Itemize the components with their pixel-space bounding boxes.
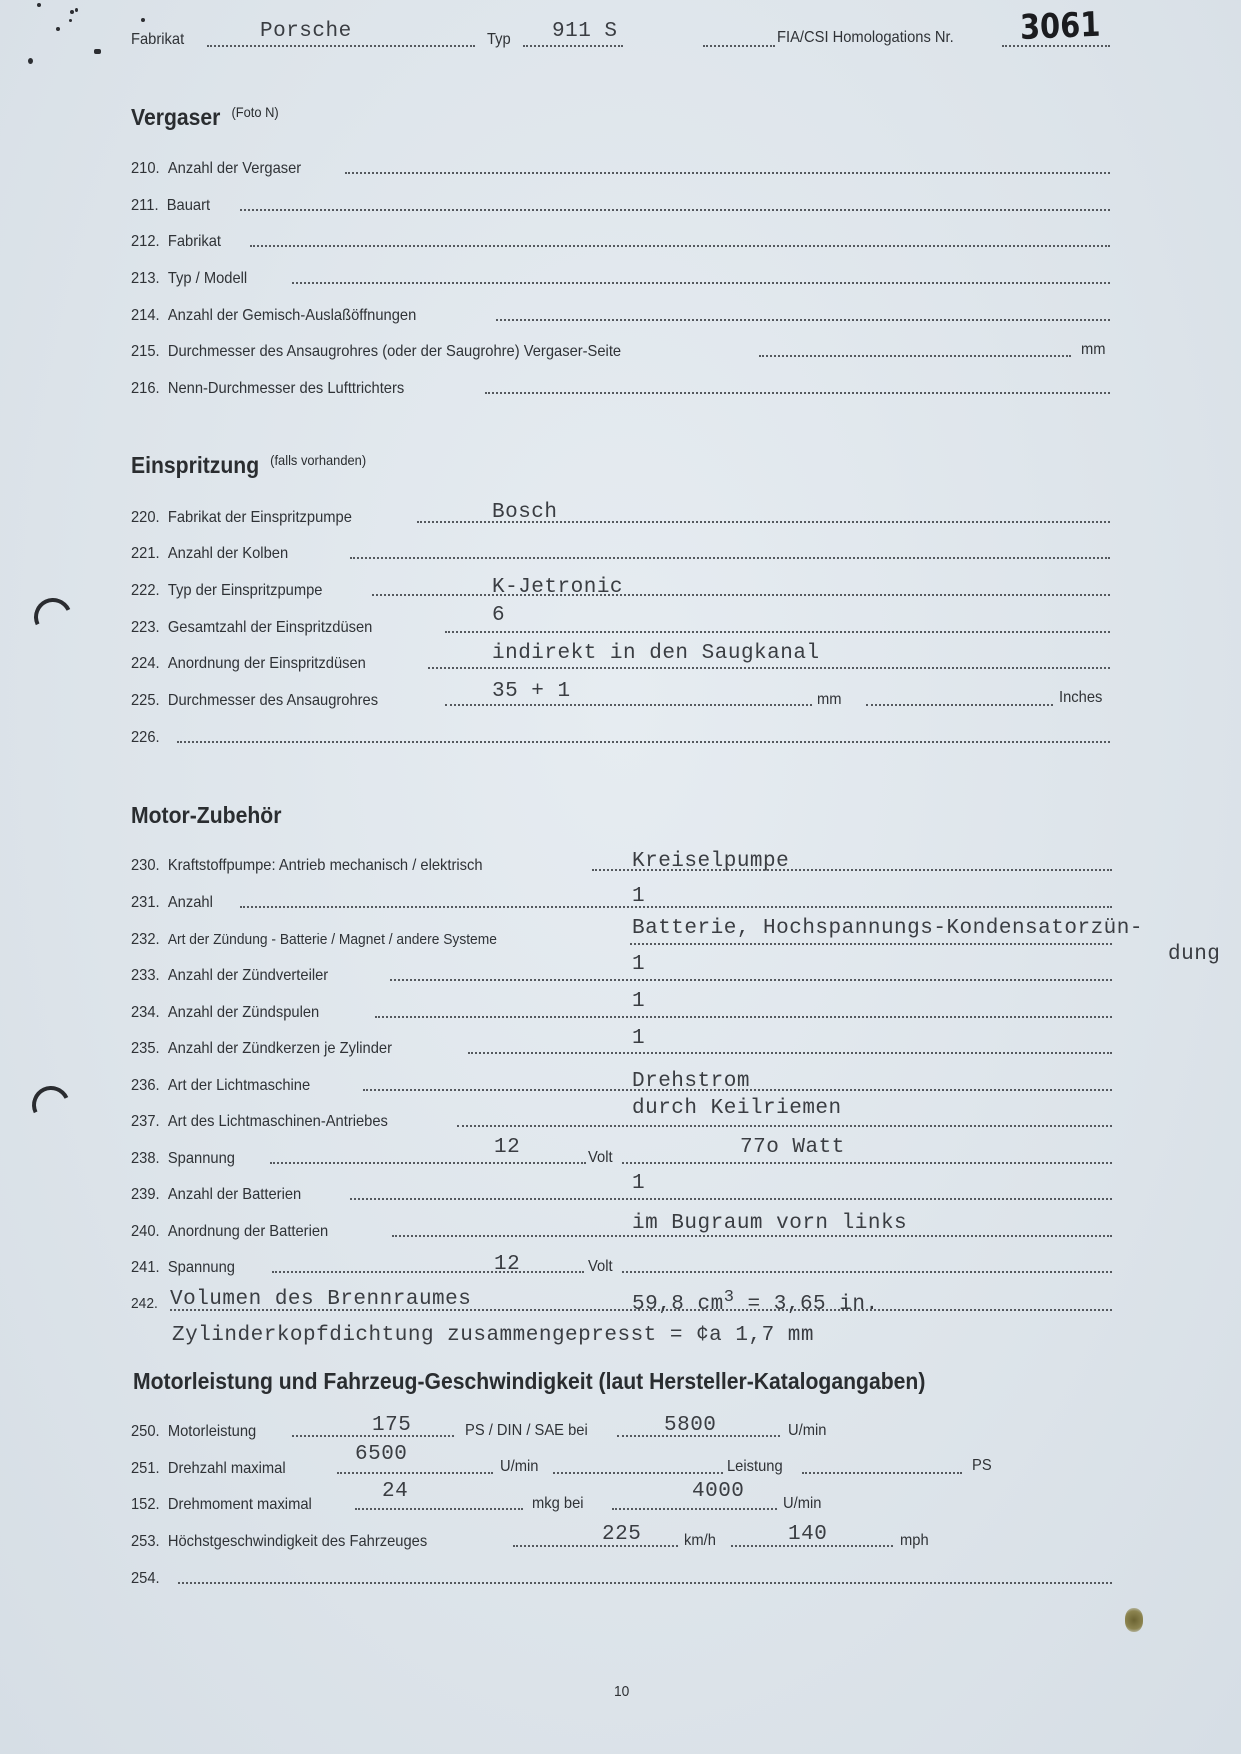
item-label: Anzahl der Gemisch-Auslaßöffnungen: [168, 307, 416, 324]
item-number: 233.: [131, 967, 160, 984]
item-label: Typ / Modell: [168, 270, 247, 287]
homologation-number: 3061: [1019, 5, 1101, 48]
item-label: Art des Lichtmaschinen-Antriebes: [168, 1113, 388, 1130]
fill-line: [178, 1582, 1112, 1584]
item-number: 223.: [131, 619, 160, 636]
punch-hole-mark: [29, 593, 78, 642]
item-value: 59,8 cm3 = 3,65 in.: [632, 1288, 879, 1316]
item-number: 212.: [131, 233, 160, 250]
item-value: 35 + 1: [492, 680, 571, 703]
section-subtitle: (Foto N): [231, 104, 278, 120]
item-label: Motorleistung: [168, 1423, 256, 1440]
item-number: 152.: [131, 1496, 160, 1513]
section-title-text: Vergaser: [131, 104, 220, 130]
fill-line: [445, 704, 812, 706]
item-number: 211.: [131, 197, 159, 214]
item-number: 222.: [131, 582, 160, 599]
fill-line: [350, 1198, 1112, 1200]
unit-label: U/min: [500, 1458, 538, 1476]
fill-line: [350, 557, 1110, 559]
unit-label: mm: [1081, 341, 1106, 359]
item-value-2: 140: [788, 1523, 827, 1546]
item-number: 240.: [131, 1223, 160, 1240]
item-number: 224.: [131, 655, 160, 672]
item-number: 234.: [131, 1004, 160, 1021]
fill-line: [372, 594, 1110, 596]
fill-line: [630, 943, 1112, 945]
document-page: Fabrikat Porsche Typ 911 S FIA/CSI Homol…: [0, 0, 1241, 1754]
speck: [56, 27, 60, 31]
item-number: 231.: [131, 894, 160, 911]
item-label: Anzahl der Zündkerzen je Zylinder: [168, 1040, 392, 1057]
fill-line: [457, 1125, 1112, 1127]
item-value: 1: [632, 885, 645, 908]
item-value: 6500: [355, 1443, 407, 1466]
fill-line: [207, 45, 475, 47]
item-number: 241.: [131, 1259, 160, 1276]
item-value: 6: [492, 604, 505, 627]
item-number: 232.: [131, 931, 160, 948]
item-label: Bauart: [167, 197, 210, 214]
item-number: 230.: [131, 857, 160, 874]
fill-line: [759, 355, 1071, 357]
item-label-typed: Volumen des Brennraumes: [170, 1288, 471, 1311]
speck: [37, 3, 41, 7]
item-value: Kreiselpumpe: [632, 850, 789, 873]
item-value: Batterie, Hochspannungs-Kondensatorzün-: [632, 917, 1143, 940]
value-text: 59,8 cm: [632, 1293, 724, 1316]
punch-hole-mark: [27, 1081, 76, 1130]
item-number: 215.: [131, 343, 160, 360]
item-label: Fabrikat der Einspritzpumpe: [168, 509, 352, 526]
unit-label: PS: [972, 1457, 992, 1475]
item-label: Durchmesser des Ansaugrohres: [168, 692, 378, 709]
item-number: 242.: [131, 1295, 158, 1312]
section-title-motorleistung: Motorleistung und Fahrzeug-Geschwindigke…: [133, 1368, 925, 1395]
item-label: Drehzahl maximal: [168, 1460, 286, 1477]
fill-line: [622, 1271, 1112, 1273]
unit-label: km/h: [684, 1532, 716, 1550]
fill-line: [802, 1472, 962, 1474]
item-value: durch Keilriemen: [632, 1097, 842, 1120]
fill-line: [513, 1545, 678, 1547]
speck: [94, 49, 101, 54]
item-number: 254.: [131, 1570, 160, 1588]
fill-line: [485, 392, 1110, 394]
item-label: Gesamtzahl der Einspritzdüsen: [168, 619, 373, 636]
fabrikat-label: Fabrikat: [131, 31, 184, 49]
speck: [141, 18, 145, 22]
item-label: Art der Zündung - Batterie / Magnet / an…: [168, 931, 497, 948]
item-value: 1: [632, 953, 645, 976]
unit-label: mm: [817, 691, 842, 709]
item-number: 253.: [131, 1533, 160, 1550]
fill-line: [445, 631, 1110, 633]
item-number: 226.: [131, 729, 160, 746]
fill-line: [553, 1472, 723, 1474]
item-value: im Bugraum vorn links: [632, 1212, 907, 1235]
fill-line: [392, 1235, 1112, 1237]
fill-line: [270, 1162, 586, 1164]
unit-label: Volt: [588, 1258, 613, 1276]
item-value: 12: [494, 1253, 520, 1276]
item-value: Bosch: [492, 501, 558, 524]
stain-mark: [1125, 1608, 1143, 1632]
item-label: Nenn-Durchmesser des Lufttrichters: [168, 380, 404, 397]
fill-line: [177, 741, 1110, 743]
speck: [75, 8, 78, 12]
fill-line: [292, 282, 1110, 284]
unit-label: mkg bei: [532, 1495, 584, 1513]
fill-line: [240, 209, 1110, 211]
item-number: 225.: [131, 692, 160, 709]
item-value: 1: [632, 1172, 645, 1195]
fabrikat-value: Porsche: [260, 20, 352, 43]
item-number: 220.: [131, 509, 160, 526]
item-label: Durchmesser des Ansaugrohres (oder der S…: [168, 343, 621, 360]
fill-line: [866, 704, 1053, 706]
fill-line: [375, 1016, 1112, 1018]
item-number: 236.: [131, 1077, 160, 1094]
item-label: Fabrikat: [168, 233, 221, 250]
fill-line: [337, 1472, 493, 1474]
fill-line: [703, 45, 775, 47]
unit-label: Inches: [1059, 689, 1102, 707]
item-label: Art der Lichtmaschine: [168, 1077, 310, 1094]
page-number: 10: [614, 1683, 629, 1700]
item-number: 210.: [131, 160, 160, 177]
item-value: indirekt in den Saugkanal: [492, 642, 820, 665]
fill-line: [468, 1052, 1112, 1054]
item-number: 213.: [131, 270, 160, 287]
item-number: 237.: [131, 1113, 160, 1130]
section-title-einspritzung: Einspritzung(falls vorhanden): [131, 452, 366, 479]
typ-label: Typ: [487, 31, 511, 49]
unit-label: Volt: [588, 1149, 613, 1167]
item-label: Spannung: [168, 1150, 235, 1167]
unit-label: Leistung: [727, 1458, 783, 1476]
unit-label: U/min: [788, 1422, 826, 1440]
unit-label: mph: [900, 1532, 929, 1550]
section-title-motor-zubehoer: Motor-Zubehör: [131, 802, 281, 829]
item-number: 239.: [131, 1186, 160, 1203]
item-label: Anordnung der Batterien: [168, 1223, 328, 1240]
fill-line: [250, 245, 1110, 247]
fill-line: [612, 1508, 777, 1510]
value-conversion: = 3,65 in.: [748, 1293, 879, 1316]
item-value: 24: [382, 1480, 408, 1503]
superscript: 3: [724, 1288, 735, 1307]
item-value: 225: [602, 1523, 641, 1546]
speck: [69, 19, 72, 22]
item-label: Spannung: [168, 1259, 235, 1276]
item-number: 235.: [131, 1040, 160, 1057]
section-title-text: Einspritzung: [131, 452, 259, 478]
item-label: Anzahl der Kolben: [168, 545, 288, 562]
item-number: 214.: [131, 307, 160, 324]
item-label: Anzahl der Vergaser: [168, 160, 301, 177]
item-label: Höchstgeschwindigkeit des Fahrzeuges: [168, 1533, 427, 1550]
typ-value: 911 S: [552, 20, 618, 43]
fill-line: [390, 979, 1112, 981]
fill-line: [345, 172, 1110, 174]
item-number: 221.: [131, 545, 160, 562]
item-value-continuation: dung: [1168, 943, 1220, 966]
section-subtitle: (falls vorhanden): [270, 452, 366, 468]
item-label: Kraftstoffpumpe: Antrieb mechanisch / el…: [168, 857, 483, 874]
item-label: Anzahl der Batterien: [168, 1186, 301, 1203]
item-label: Anzahl: [168, 894, 213, 911]
fill-line: [496, 319, 1110, 321]
fill-line: [523, 45, 623, 47]
fill-line: [272, 1271, 584, 1273]
item-label: Anzahl der Zündverteiler: [168, 967, 328, 984]
item-value-2: 77o Watt: [740, 1136, 845, 1159]
section-title-vergaser: Vergaser(Foto N): [131, 104, 279, 131]
item-number: 238.: [131, 1150, 160, 1167]
unit-label: PS / DIN / SAE bei: [465, 1422, 588, 1440]
item-value: 175: [372, 1414, 411, 1437]
item-value: 1: [632, 990, 645, 1013]
item-number: 251.: [131, 1460, 160, 1477]
homologation-label: FIA/CSI Homologations Nr.: [777, 29, 954, 47]
item-number: 250.: [131, 1423, 160, 1440]
fill-line: [622, 1162, 1112, 1164]
item-value: 1: [632, 1027, 645, 1050]
item-label: Typ der Einspritzpumpe: [168, 582, 323, 599]
item-label: Anzahl der Zündspulen: [168, 1004, 319, 1021]
note-line: Zylinderkopfdichtung zusammengepresst = …: [172, 1324, 814, 1347]
item-number: 216.: [131, 380, 160, 397]
unit-label: U/min: [783, 1495, 821, 1513]
fill-line: [240, 906, 1112, 908]
item-value: Drehstrom: [632, 1070, 750, 1093]
fill-line: [428, 667, 1110, 669]
item-label: Drehmoment maximal: [168, 1496, 312, 1513]
item-value-2: 4000: [692, 1480, 744, 1503]
speck: [28, 58, 33, 64]
fill-line: [355, 1508, 523, 1510]
item-value: 12: [494, 1136, 520, 1159]
item-value: K-Jetronic: [492, 576, 623, 599]
item-value-2: 5800: [664, 1414, 716, 1437]
speck: [70, 10, 74, 14]
item-label: Anordnung der Einspritzdüsen: [168, 655, 366, 672]
